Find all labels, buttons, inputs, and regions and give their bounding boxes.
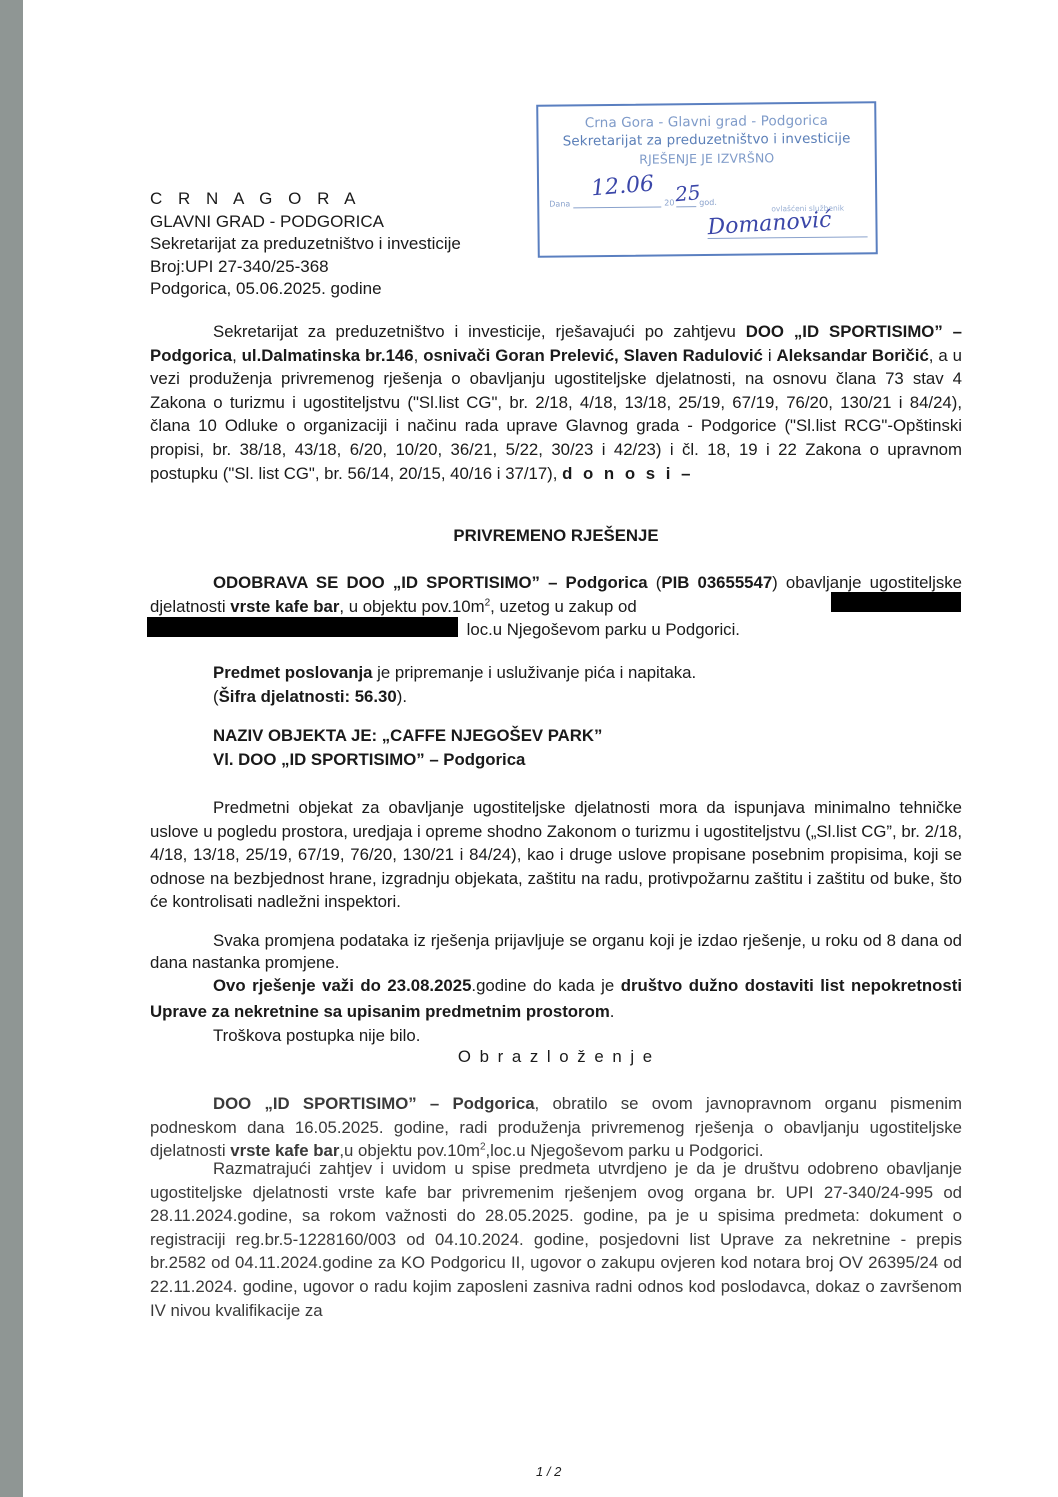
period: . (610, 1002, 615, 1021)
founder-3: Aleksandar Boričić (776, 346, 928, 365)
stamp-date-line (573, 206, 661, 208)
page-number: 1 / 2 (536, 1464, 561, 1479)
redaction-bar (831, 592, 961, 612)
object-name: NAZIV OBJEKTA JE: „CAFFE NJEGOŠEV PARK” … (213, 724, 913, 771)
reasoning-title: O b r a z l o ž e n j e (150, 1047, 962, 1067)
intro-text: , (232, 346, 242, 365)
intro-legal-basis: , a u vezi produženja privremenog rješen… (150, 346, 962, 483)
stamp-authority: Crna Gora - Glavni grad - Podgorica (538, 112, 874, 132)
pib-number: PIB 03655547 (661, 573, 772, 592)
validity-date: Ovo rješenje važi do 23.08.2025 (213, 976, 471, 995)
business-label: Predmet poslovanja (213, 663, 372, 682)
stamp-year-prefix: 20 (664, 198, 674, 207)
stamp-dana-label: Dana (549, 199, 570, 208)
approval-subject: ODOBRAVA SE DOO „ID SPORTISIMO” – Podgor… (213, 573, 648, 592)
activity-code: Šifra djelatnosti: 56.30 (219, 687, 397, 706)
header-country: C R N A G O R A (150, 188, 461, 211)
document-header: C R N A G O R A GLAVNI GRAD - PODGORICA … (150, 188, 461, 301)
validity-text: .godine do kada je (471, 976, 620, 995)
costs-paragraph: Troškova postupka nije bilo. (150, 1024, 962, 1048)
reasoning-paragraph-1: DOO „ID SPORTISIMO” – Podgorica, obratil… (150, 1092, 962, 1163)
intro-text: i (763, 346, 777, 365)
header-place-date: Podgorica, 05.06.2025. godine (150, 278, 461, 301)
object-owner-line: Vl. DOO „ID SPORTISIMO” – Podgorica (213, 748, 913, 772)
intro-text: Sekretarijat za preduzetništvo i investi… (213, 322, 746, 341)
header-city: GLAVNI GRAD - PODGORICA (150, 211, 461, 234)
redaction-bar (147, 617, 458, 637)
approval-text: , u objektu pov.10m (339, 597, 484, 616)
signature: Domanović (707, 207, 832, 240)
approval-text: ( (648, 573, 662, 592)
intro-text: , (414, 346, 424, 365)
stamp-year-line (676, 206, 696, 207)
changes-paragraph: Svaka promjena podataka iz rješenja prij… (150, 930, 962, 974)
header-department: Sekretarijat za preduzetništvo i investi… (150, 233, 461, 256)
applicant-address: ul.Dalmatinska br.146 (242, 346, 414, 365)
founders: osnivači Goran Prelević, Slaven Radulovi… (423, 346, 763, 365)
applicant-name: DOO „ID SPORTISIMO” – Podgorica (213, 1094, 535, 1113)
stamp-handwritten-date: 12.06 (590, 171, 655, 201)
approval-text: , uzetog u zakup od (490, 597, 636, 616)
stamp-status: RJEŠENJE JE IZVRŠNO (539, 149, 875, 168)
approval-location: loc.u Njegoševom parku u Podgorici. (462, 620, 740, 639)
header-number: Broj:UPI 27-340/25-368 (150, 256, 461, 279)
stamp-god-label: god. (699, 198, 717, 207)
scan-edge (0, 0, 23, 1497)
decision-title: PRIVREMENO RJEŠENJE (150, 526, 962, 546)
stamp-department: Sekretarijat za preduzetništvo i investi… (539, 130, 875, 150)
activity-type: vrste kafe bar (230, 597, 339, 616)
validity-paragraph: Ovo rješenje važi do 23.08.2025.godine d… (150, 973, 962, 1025)
official-stamp: Crna Gora - Glavni grad - Podgorica Sekr… (536, 101, 878, 258)
stamp-handwritten-year: 25 (674, 180, 701, 206)
decides-label: d o n o s i – (562, 464, 693, 483)
business-text: je pripremanje i usluživanje pića i napi… (372, 663, 696, 682)
conditions-paragraph: Predmetni objekat za obavljanje ugostite… (150, 796, 962, 914)
reasoning-paragraph-2: Razmatrajući zahtjev i uvidom u spise pr… (150, 1157, 962, 1322)
object-name-line: NAZIV OBJEKTA JE: „CAFFE NJEGOŠEV PARK” (213, 724, 913, 748)
intro-paragraph: Sekretarijat za preduzetništvo i investi… (150, 320, 962, 485)
paren: ). (397, 687, 407, 706)
business-subject: Predmet poslovanja je pripremanje i uslu… (213, 661, 913, 708)
